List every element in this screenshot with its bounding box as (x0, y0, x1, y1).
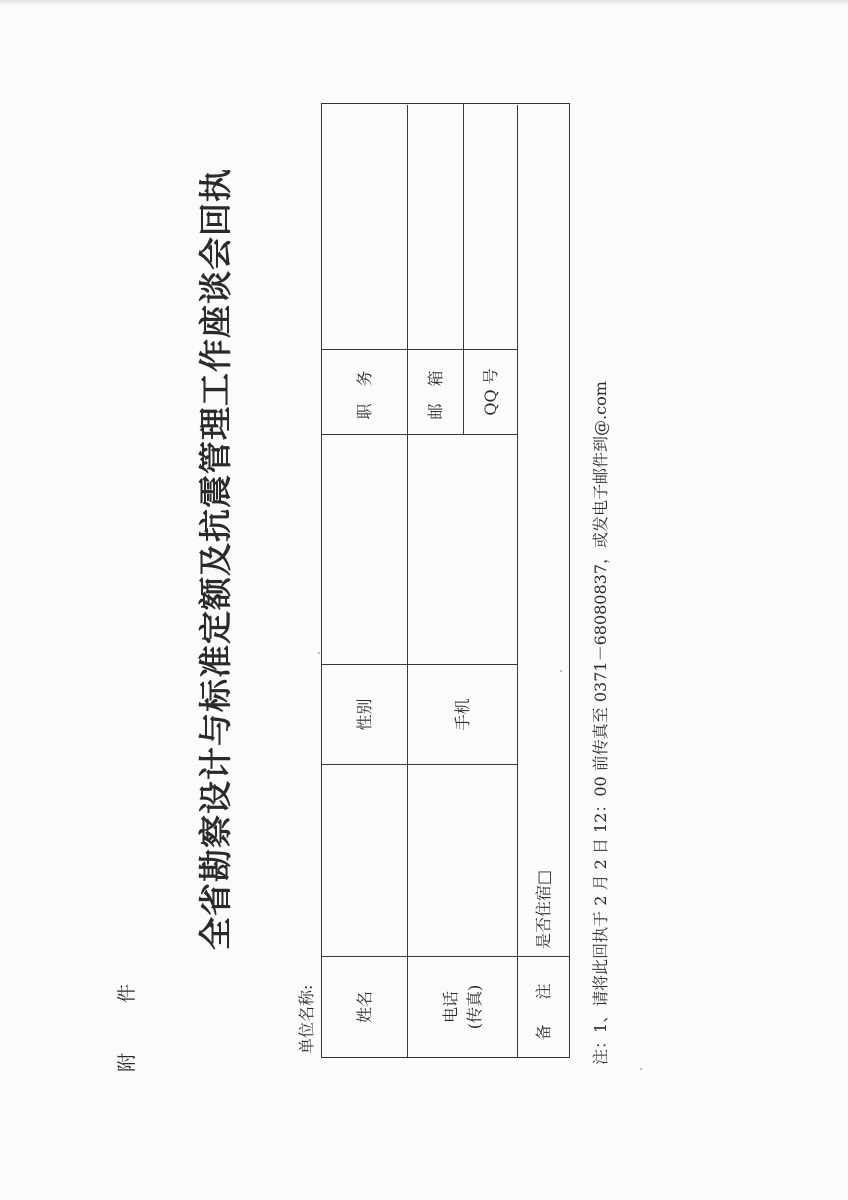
gender-label: 性别 (322, 665, 408, 764)
position-field[interactable] (322, 105, 408, 349)
remark-label: 备 注 (518, 957, 569, 1057)
submission-note: 注：1、请将此回执于 2 月 2 日 12：00 前传真至 0371－68080… (588, 381, 611, 1065)
document-page: 附 件 全省勘察设计与标准定额及抗震管理工作座谈会回执 单位名称: 姓名 性别 … (0, 0, 848, 1200)
mobile-label: 手机 (408, 665, 518, 764)
lodging-option[interactable]: 是否住宿 □ (518, 749, 569, 949)
qq-label: QQ 号 (464, 350, 518, 434)
scan-speck (318, 652, 320, 654)
reply-form-table: 姓名 性别 职 务 电话 (传真) 手机 邮 箱 QQ 号 备 注 是否住宿 □ (321, 103, 570, 1058)
phone-label-line2: (传真) (463, 985, 487, 1030)
lodging-checkbox[interactable]: □ (532, 870, 556, 885)
name-field[interactable] (322, 765, 408, 956)
unit-name-label: 单位名称: (294, 985, 317, 1054)
position-label: 职 务 (322, 350, 408, 434)
phone-field[interactable] (408, 765, 518, 956)
qq-field[interactable] (464, 105, 518, 349)
attachment-label: 附 件 (112, 962, 139, 1072)
phone-label-line1: 电话 (439, 991, 463, 1023)
document-title: 全省勘察设计与标准定额及抗震管理工作座谈会回执 (190, 210, 237, 950)
phone-label: 电话 (传真) (408, 957, 518, 1057)
mobile-field[interactable] (408, 435, 518, 664)
email-label: 邮 箱 (408, 350, 463, 434)
lodging-question: 是否住宿 (532, 885, 556, 949)
scan-speck (560, 670, 562, 672)
gender-field[interactable] (322, 435, 408, 664)
scan-speck (640, 1068, 642, 1070)
name-label: 姓名 (322, 957, 408, 1057)
email-field[interactable] (408, 105, 463, 349)
